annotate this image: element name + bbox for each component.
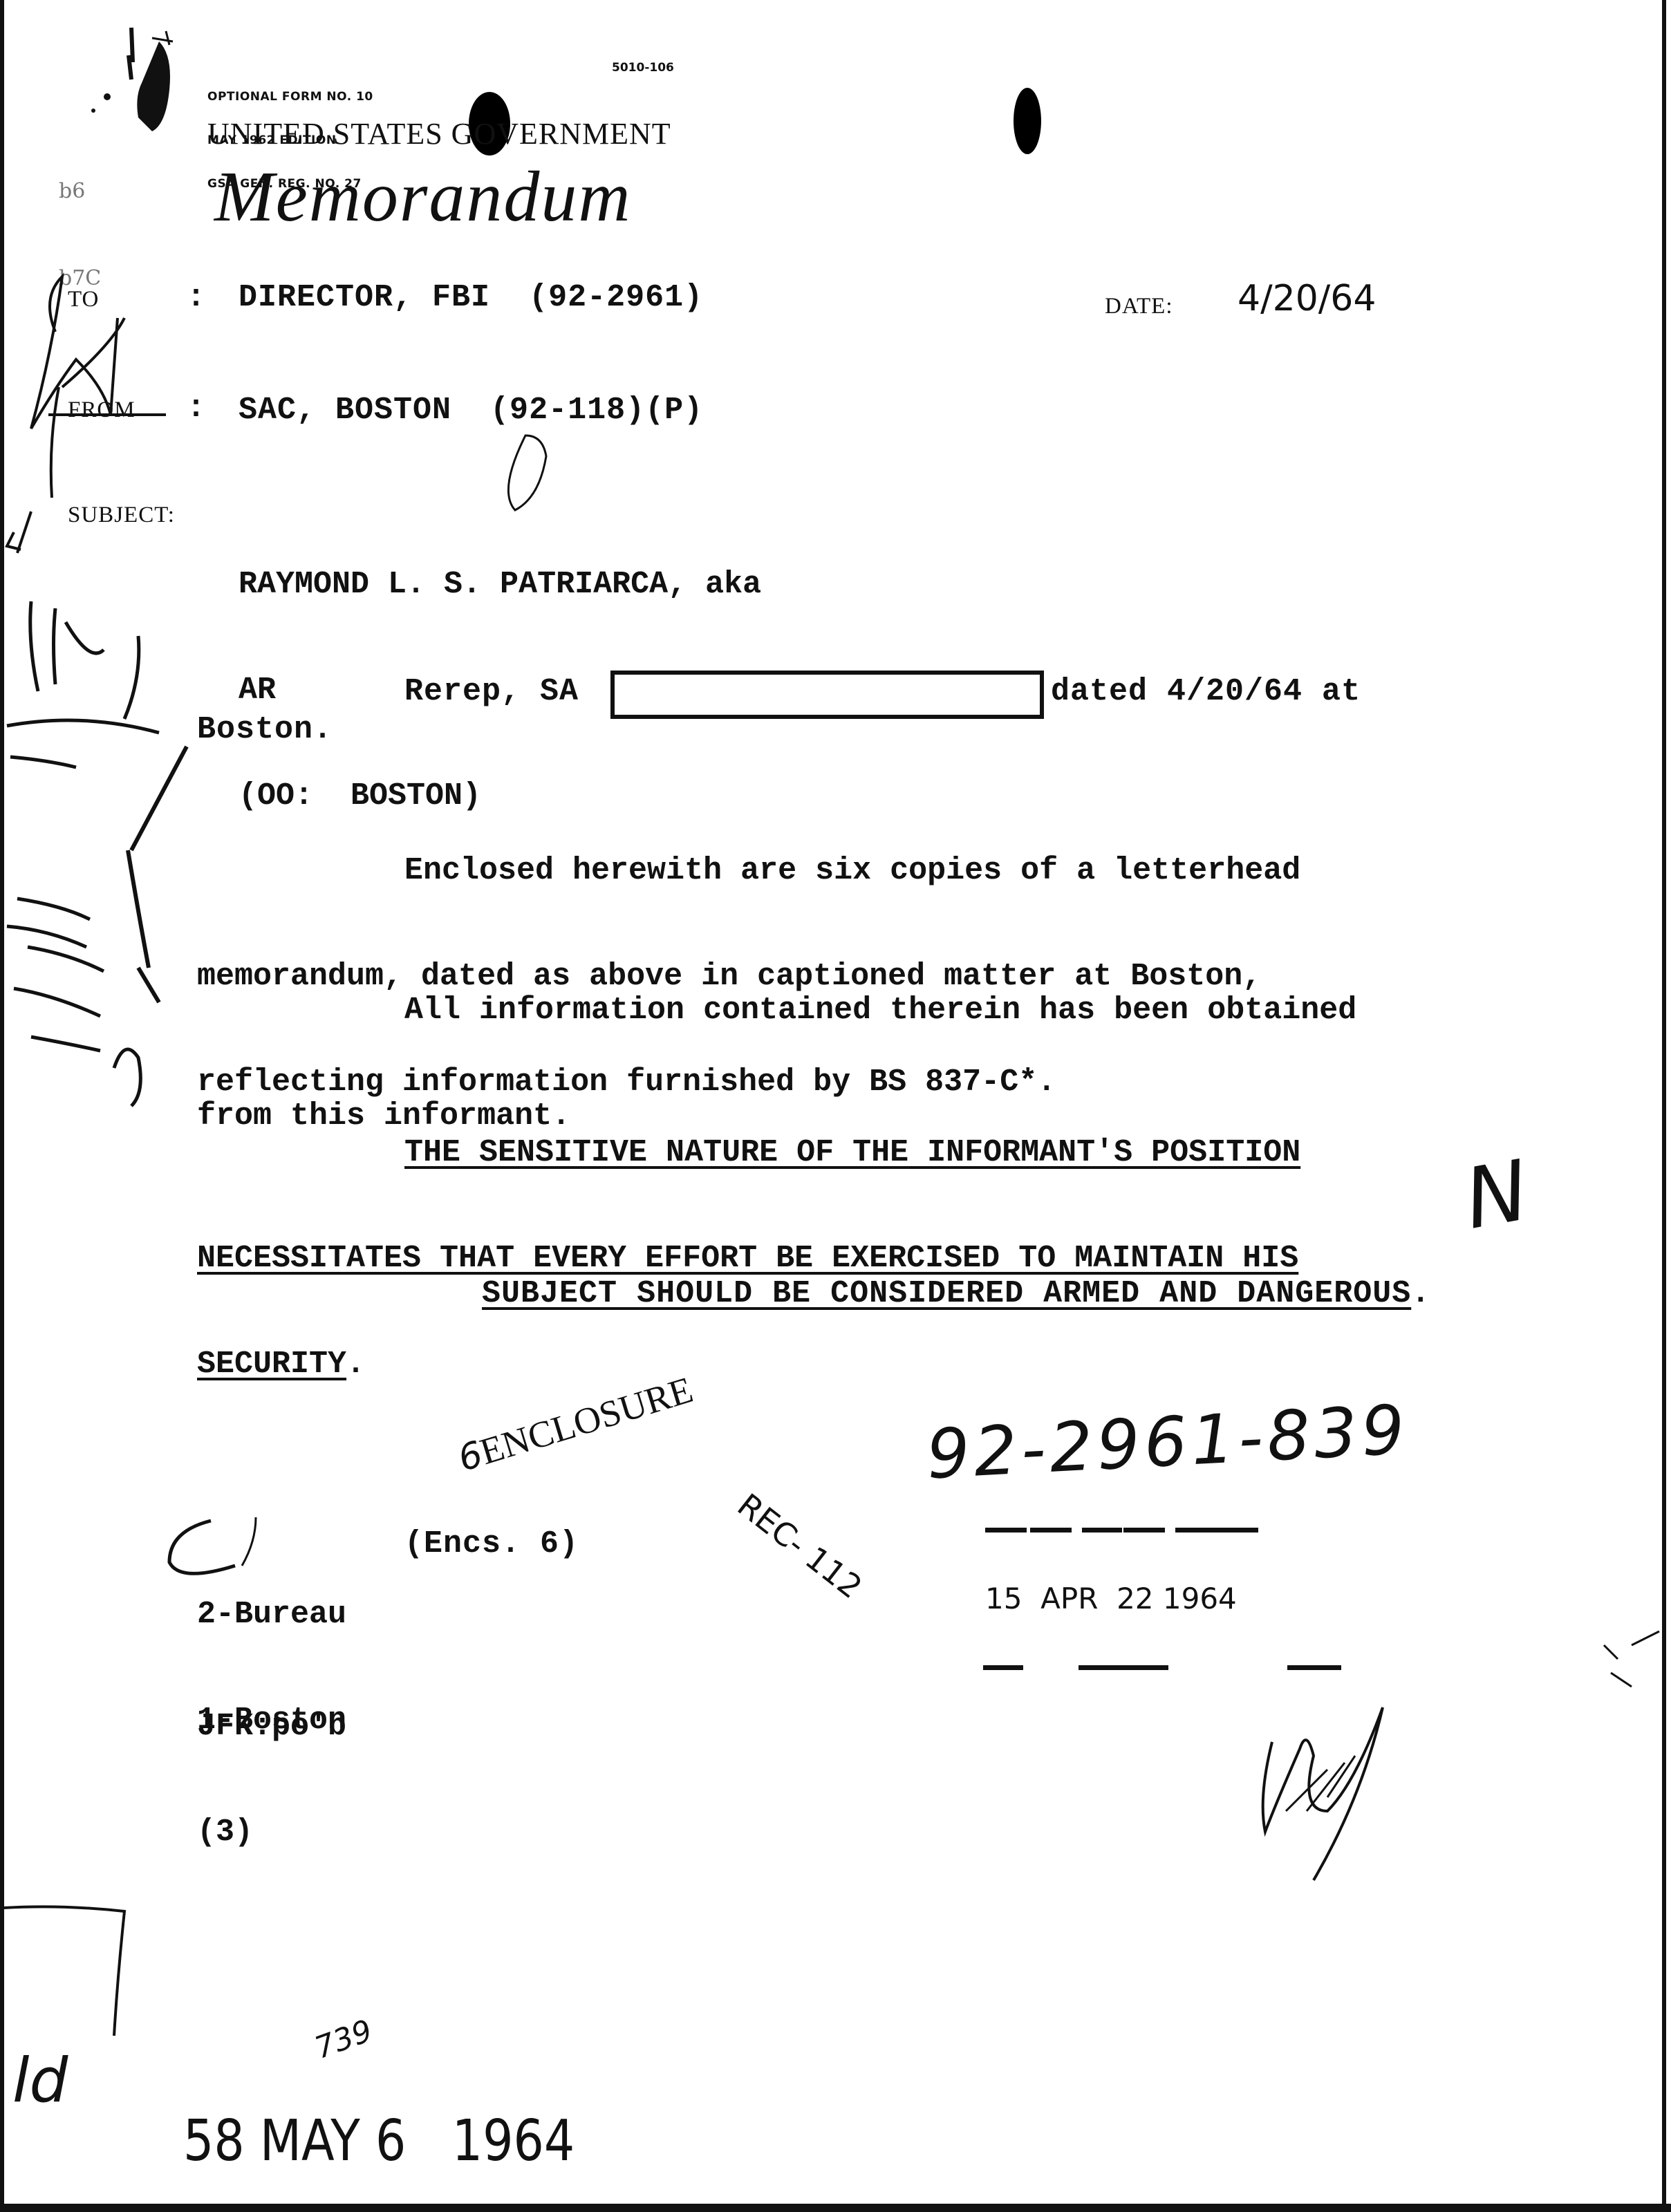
punch-hole-right bbox=[1014, 88, 1041, 154]
enclosure-label: ENCLOSURE bbox=[475, 1369, 698, 1472]
scan-edge-bottom bbox=[0, 2204, 1671, 2212]
typist-initials: JFK:po'b (3) bbox=[197, 1638, 346, 1920]
stamp-line bbox=[1079, 1665, 1168, 1670]
from-label: FROM bbox=[68, 397, 136, 423]
enclosure-count-note: (Encs. 6) bbox=[404, 1526, 579, 1562]
distribution-line: 2-Bureau bbox=[197, 1597, 346, 1632]
right-margin-mark: N bbox=[1458, 1143, 1536, 1248]
memo-title: Memorandum bbox=[214, 156, 631, 238]
rerep-text: Rerep, SA bbox=[404, 674, 579, 709]
rerep-continuation: Boston. bbox=[197, 712, 333, 747]
stamp-line bbox=[983, 1665, 1023, 1670]
from-value: SAC, BOSTON (92-118)(P) bbox=[239, 393, 703, 428]
seal-icon bbox=[69, 14, 194, 131]
paragraph-line: All information contained therein has be… bbox=[197, 993, 1356, 1028]
armed-warning: SUBJECT SHOULD BE CONSIDERED ARMED AND D… bbox=[404, 1241, 1430, 1347]
period: . bbox=[346, 1347, 365, 1382]
armed-warning-text: SUBJECT SHOULD BE CONSIDERED ARMED AND D… bbox=[482, 1276, 1411, 1311]
subject-label: SUBJECT: bbox=[68, 503, 175, 528]
stamp-line bbox=[1287, 1665, 1341, 1670]
bottom-annotation: 739 bbox=[310, 2013, 377, 2066]
scan-edge-left bbox=[0, 0, 4, 2212]
redaction-box bbox=[610, 671, 1044, 719]
to-label: TO bbox=[68, 287, 99, 312]
stamp-line bbox=[985, 1528, 1027, 1533]
stamp-line bbox=[1082, 1528, 1122, 1533]
rec-stamp: REC- 112 bbox=[731, 1486, 869, 1606]
memo-page: OPTIONAL FORM NO. 10 MAY 1962 EDITION GS… bbox=[0, 0, 1671, 2212]
date-value: 4/20/64 bbox=[1238, 278, 1376, 319]
bottom-date-stamp: 58 MAY 6 1964 bbox=[183, 2108, 575, 2174]
copy-count: (3) bbox=[197, 1815, 346, 1850]
agency-letterhead: UNITED STATES GOVERNMENT bbox=[207, 116, 671, 151]
exemption-codes: b6 b7C bbox=[59, 119, 101, 351]
scan-edge-right bbox=[1662, 0, 1666, 2212]
stamp-line bbox=[1175, 1528, 1217, 1533]
date-label: DATE: bbox=[1105, 294, 1173, 319]
received-date-stamp: 15 APR 22 1964 bbox=[985, 1582, 1237, 1615]
stamp-line bbox=[1123, 1528, 1165, 1533]
form-header-line: OPTIONAL FORM NO. 10 bbox=[207, 90, 373, 104]
initials: JFK:po'b bbox=[197, 1709, 346, 1744]
stamp-line bbox=[1030, 1528, 1072, 1533]
paragraph-line: THE SENSITIVE NATURE OF THE INFORMANT'S … bbox=[404, 1135, 1300, 1170]
to-value: DIRECTOR, FBI (92-2961) bbox=[239, 280, 703, 315]
margin-initial: ld bbox=[12, 2045, 68, 2116]
stamp-line bbox=[1217, 1528, 1258, 1533]
form-code: 5010-106 bbox=[612, 61, 674, 75]
period: . bbox=[1411, 1276, 1430, 1311]
colon: : bbox=[187, 280, 206, 315]
subject-line: RAYMOND L. S. PATRIARCA, aka bbox=[239, 567, 761, 602]
colon: : bbox=[187, 391, 206, 426]
exemption-code: b6 bbox=[59, 177, 101, 206]
paragraph-line: Enclosed herewith are six copies of a le… bbox=[197, 853, 1300, 888]
rerep-dated: dated 4/20/64 at bbox=[1051, 674, 1361, 709]
paragraph-line: SECURITY bbox=[197, 1347, 346, 1382]
